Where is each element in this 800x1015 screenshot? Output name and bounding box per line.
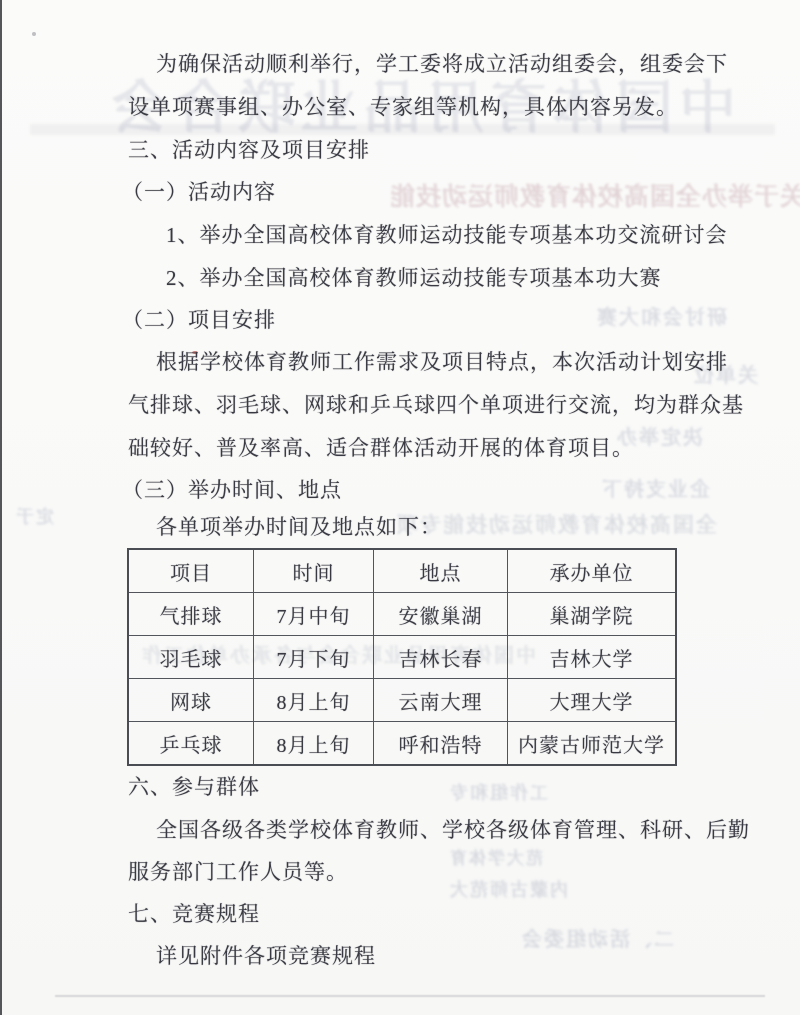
table-cell: 内蒙古师范大学 <box>508 722 677 766</box>
bleedthrough-band <box>30 124 775 135</box>
section-heading: 三、活动内容及项目安排 <box>128 138 370 162</box>
bleedthrough-bottom-rule <box>55 995 765 997</box>
paragraph-line: 全国各级各类学校体育教师、学校各级体育管理、科研、后勤 <box>156 818 750 842</box>
scanned-document-page: 中国体育用品业联合会 关于举办全国高校体育教师运动技能 研讨会和大赛 关单位 决… <box>0 0 800 1015</box>
list-item: 1、举办全国高校体育教师运动技能专项基本功交流研讨会 <box>166 223 728 247</box>
list-item: 2、举办全国高校体育教师运动技能专项基本功大赛 <box>166 266 662 290</box>
table-row: 羽毛球 7月下旬 吉林长春 吉林大学 <box>128 636 676 679</box>
table-cell: 8月上旬 <box>254 722 374 766</box>
bleedthrough-fragment: 全国高校体育教师运动技能专项 <box>395 509 717 539</box>
table-cell: 7月下旬 <box>254 636 374 679</box>
schedule-table: 项目 时间 地点 承办单位 气排球 7月中旬 安徽巢湖 巢湖学院 羽毛球 7月下… <box>127 548 677 766</box>
column-header: 时间 <box>254 549 374 593</box>
bleedthrough-fragment: 企业支持下 <box>600 473 710 502</box>
table-cell: 呼和浩特 <box>374 722 508 766</box>
subsection-heading: （二）项目安排 <box>122 308 276 332</box>
table-header-row: 项目 时间 地点 承办单位 <box>128 549 676 593</box>
scan-edge-strip <box>0 0 2 1015</box>
column-header: 承办单位 <box>508 549 677 593</box>
table-cell: 吉林大学 <box>508 636 677 679</box>
table-row: 气排球 7月中旬 安徽巢湖 巢湖学院 <box>128 593 676 636</box>
scan-speck <box>32 32 36 36</box>
table-cell: 乒乓球 <box>128 722 254 766</box>
bleedthrough-fragment: 研讨会和大赛 <box>595 301 727 330</box>
table-cell: 气排球 <box>128 593 254 636</box>
column-header: 项目 <box>128 549 254 593</box>
table-cell: 安徽巢湖 <box>374 593 508 636</box>
paragraph-line: 各单项举办时间及地点如下： <box>156 515 442 539</box>
section-heading: 七、竞赛规程 <box>128 902 260 926</box>
paragraph-line: 详见附件各项竞赛规程 <box>156 944 376 968</box>
table-cell: 大理大学 <box>508 679 677 722</box>
paragraph-line: 根据学校体育教师工作需求及项目特点，本次活动计划安排 <box>156 350 728 374</box>
paragraph-line: 气排球、羽毛球、网球和乒乓球四个单项进行交流，均为群众基 <box>128 393 744 417</box>
table-cell: 7月中旬 <box>254 593 374 636</box>
table-row: 网球 8月上旬 云南大理 大理大学 <box>128 679 676 722</box>
paragraph-line: 服务部门工作人员等。 <box>128 860 348 884</box>
paragraph-line: 为确保活动顺利举行，学工委将成立活动组委会，组委会下 <box>156 52 728 76</box>
bleedthrough-title: 关于举办全国高校体育教师运动技能 <box>300 177 800 213</box>
bleedthrough-fragment: 定于 <box>14 503 54 529</box>
paragraph-line: 设单项赛事组、办公室、专家组等机构，具体内容另发。 <box>128 95 678 119</box>
table-cell: 云南大理 <box>374 679 508 722</box>
bleedthrough-fragment: 工作组和专 <box>448 779 548 805</box>
table-cell: 网球 <box>128 679 254 722</box>
subsection-heading: （一）活动内容 <box>122 180 276 204</box>
subsection-heading: （三）举办时间、地点 <box>122 478 342 502</box>
column-header: 地点 <box>374 549 508 593</box>
table-cell: 巢湖学院 <box>508 593 677 636</box>
bleedthrough-fragment: 范大学体育 <box>448 844 543 869</box>
table-row: 乒乓球 8月上旬 呼和浩特 内蒙古师范大学 <box>128 722 676 766</box>
paragraph-line: 础较好、普及率高、适合群体活动开展的体育项目。 <box>128 436 634 460</box>
table-cell: 羽毛球 <box>128 636 254 679</box>
table-cell: 8月上旬 <box>254 679 374 722</box>
bleedthrough-fragment: 内蒙古师范大 <box>448 876 568 902</box>
section-heading: 六、参与群体 <box>128 775 260 799</box>
bleedthrough-fragment: 二、活动组委会 <box>520 923 674 952</box>
table-cell: 吉林长春 <box>374 636 508 679</box>
